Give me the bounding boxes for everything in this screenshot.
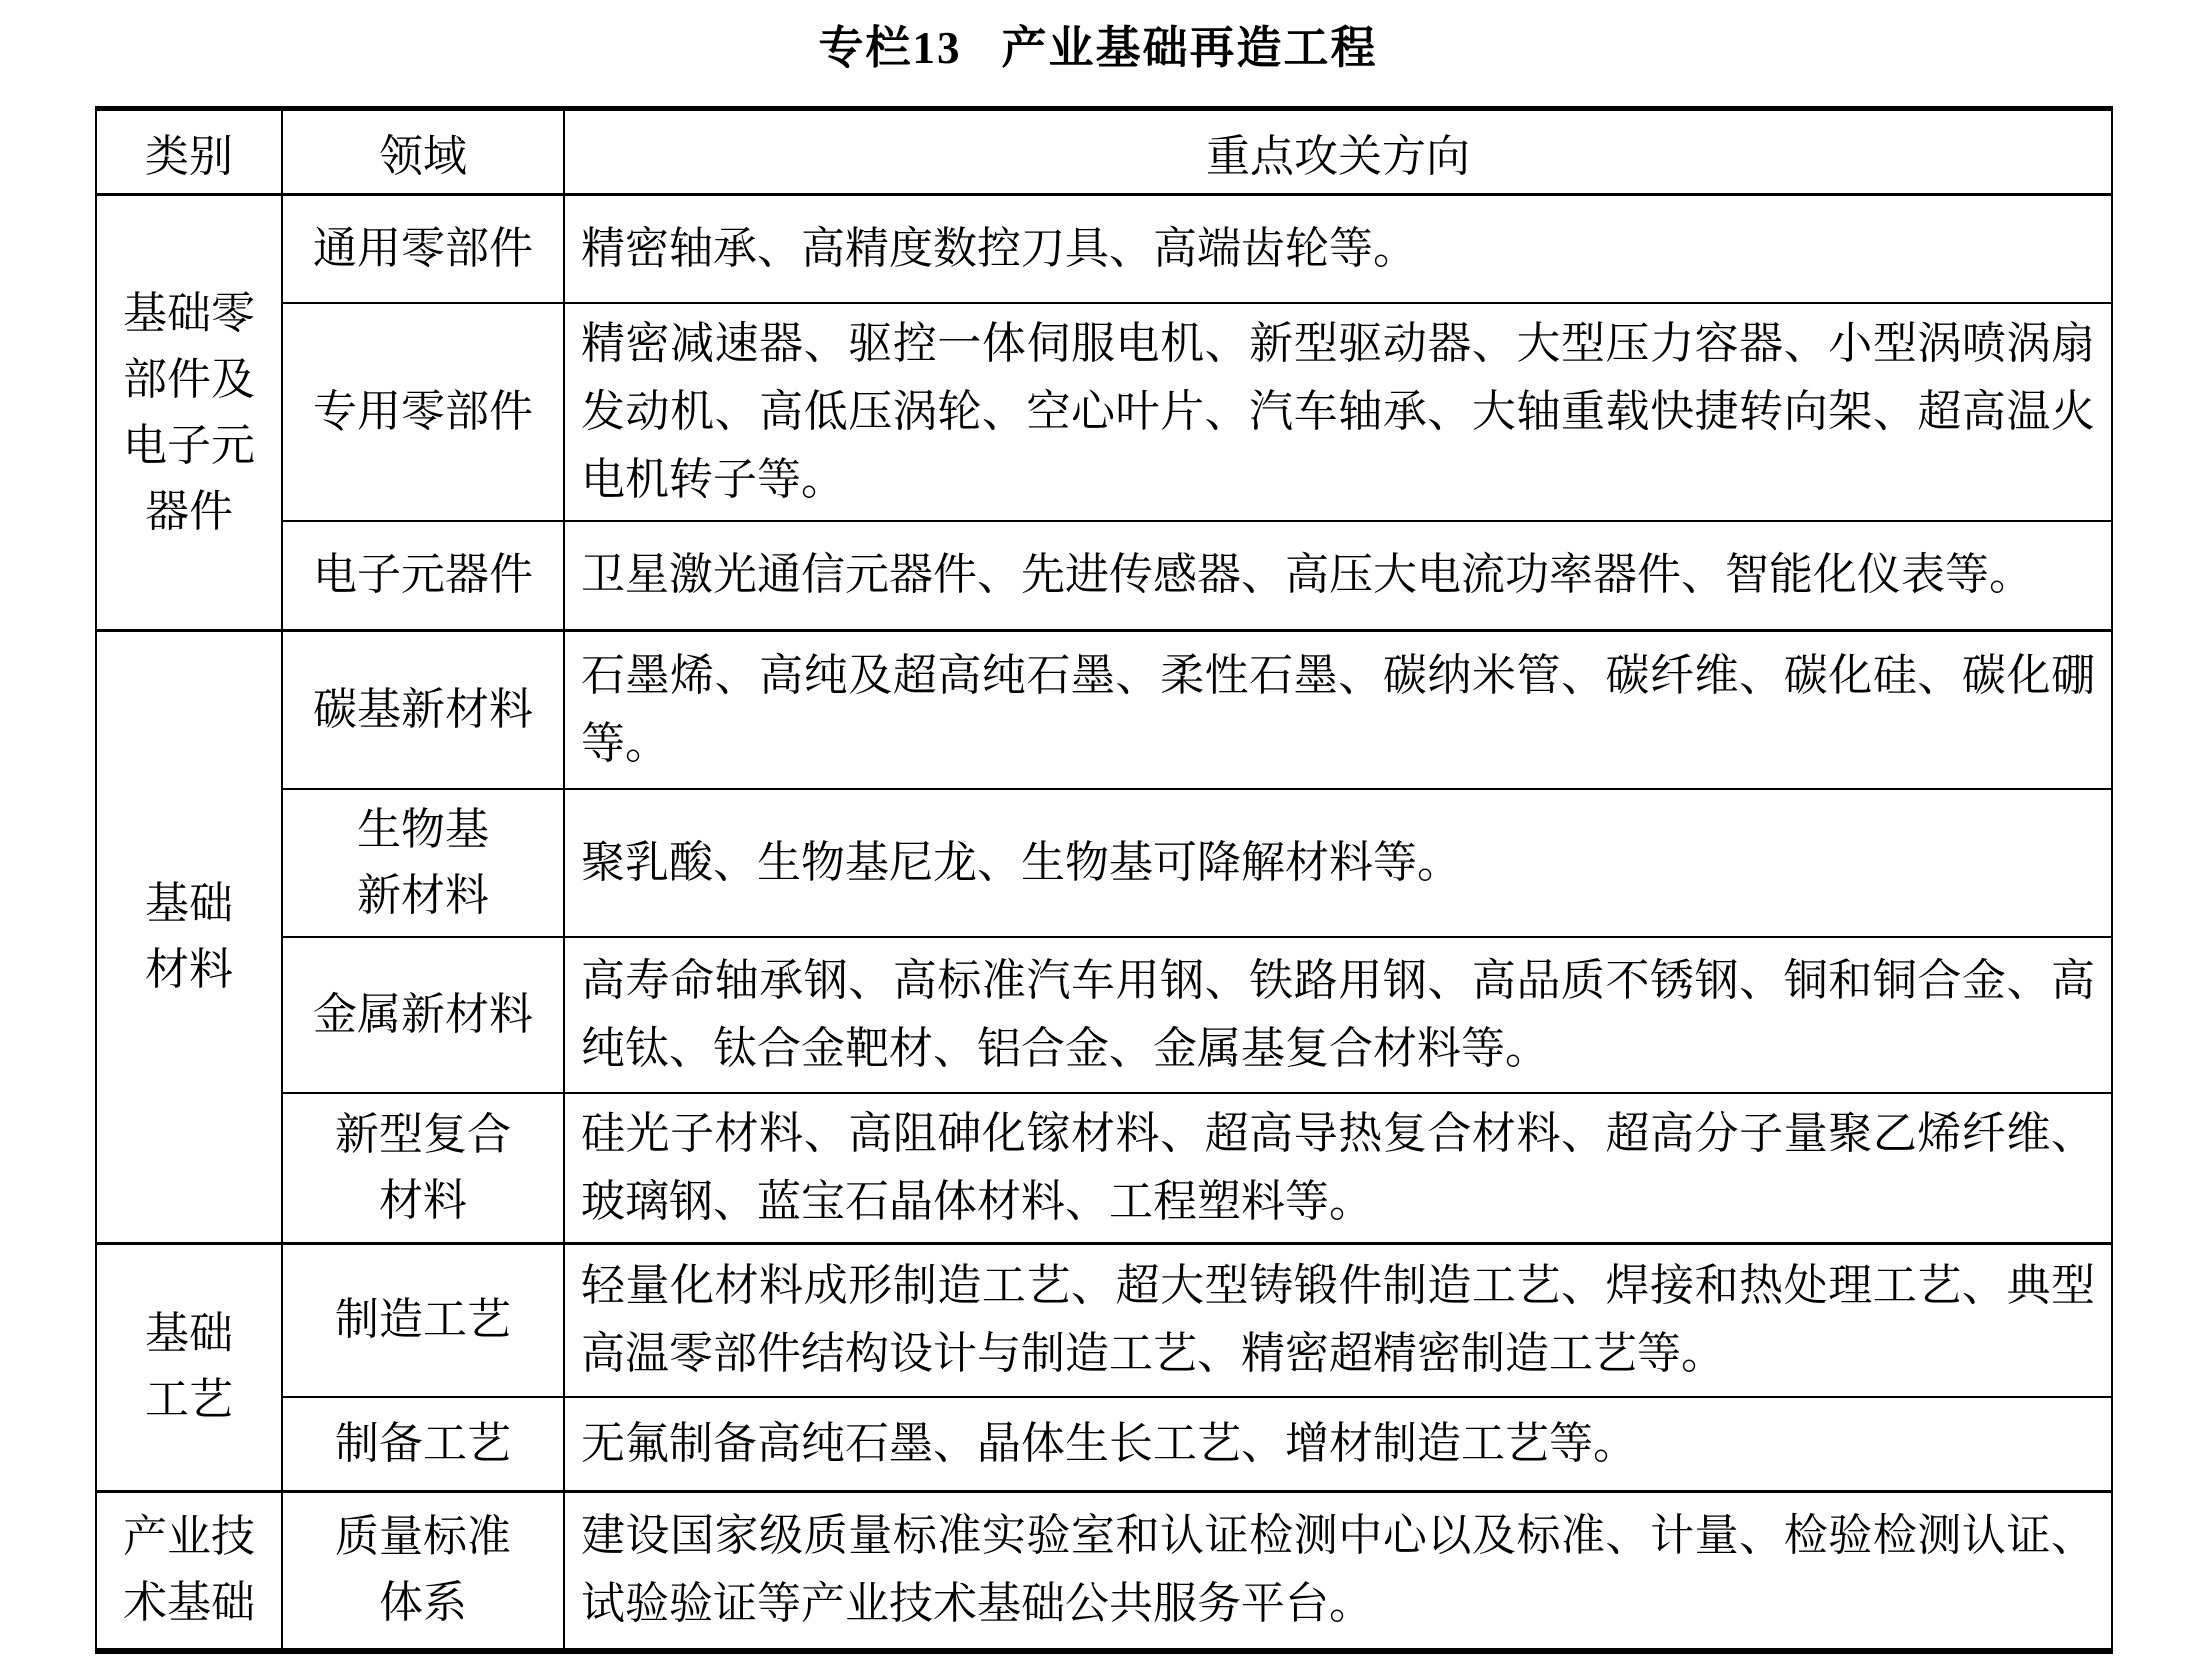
field-cell: 电子元器件 (282, 521, 564, 631)
direction-cell: 无氟制备高纯石墨、晶体生长工艺、增材制造工艺等。 (564, 1397, 2112, 1491)
header-category: 类别 (96, 109, 282, 195)
table-row: 专用零部件 精密减速器、驱控一体伺服电机、新型驱动器、大型压力容器、小型涡喷涡扇… (96, 303, 2112, 521)
header-direction: 重点攻关方向 (564, 109, 2112, 195)
field-cell: 质量标准 体系 (282, 1491, 564, 1651)
field-cell: 生物基 新材料 (282, 789, 564, 937)
table-row: 制备工艺 无氟制备高纯石墨、晶体生长工艺、增材制造工艺等。 (96, 1397, 2112, 1491)
table-row: 基础零 部件及 电子元 器件 通用零部件 精密轴承、高精度数控刀具、高端齿轮等。 (96, 195, 2112, 303)
category-cell-basic-processes: 基础 工艺 (96, 1243, 282, 1491)
direction-cell: 精密减速器、驱控一体伺服电机、新型驱动器、大型压力容器、小型涡喷涡扇发动机、高低… (564, 303, 2112, 521)
page-title: 专栏13产业基础再造工程 (0, 10, 2196, 106)
table-row: 金属新材料 高寿命轴承钢、高标准汽车用钢、铁路用钢、高品质不锈钢、铜和铜合金、高… (96, 937, 2112, 1093)
header-field: 领域 (282, 109, 564, 195)
category-cell-basic-materials: 基础 材料 (96, 631, 282, 1244)
table-row: 生物基 新材料 聚乳酸、生物基尼龙、生物基可降解材料等。 (96, 789, 2112, 937)
direction-cell: 精密轴承、高精度数控刀具、高端齿轮等。 (564, 195, 2112, 303)
table-row: 基础 材料 碳基新材料 石墨烯、高纯及超高纯石墨、柔性石墨、碳纳米管、碳纤维、碳… (96, 631, 2112, 789)
field-cell: 专用零部件 (282, 303, 564, 521)
field-cell: 通用零部件 (282, 195, 564, 303)
table-row: 基础 工艺 制造工艺 轻量化材料成形制造工艺、超大型铸锻件制造工艺、焊接和热处理… (96, 1243, 2112, 1397)
direction-cell: 石墨烯、高纯及超高纯石墨、柔性石墨、碳纳米管、碳纤维、碳化硅、碳化硼等。 (564, 631, 2112, 789)
table-row: 产业技 术基础 质量标准 体系 建设国家级质量标准实验室和认证检测中心以及标准、… (96, 1491, 2112, 1651)
field-cell: 碳基新材料 (282, 631, 564, 789)
direction-cell: 硅光子材料、高阻砷化镓材料、超高导热复合材料、超高分子量聚乙烯纤维、玻璃钢、蓝宝… (564, 1093, 2112, 1244)
table-header-row: 类别 领域 重点攻关方向 (96, 109, 2112, 195)
field-cell: 制造工艺 (282, 1243, 564, 1397)
title-name: 产业基础再造工程 (1002, 23, 1378, 73)
direction-cell: 高寿命轴承钢、高标准汽车用钢、铁路用钢、高品质不锈钢、铜和铜合金、高纯钛、钛合金… (564, 937, 2112, 1093)
category-cell-industrial-tech-foundation: 产业技 术基础 (96, 1491, 282, 1651)
direction-cell: 轻量化材料成形制造工艺、超大型铸锻件制造工艺、焊接和热处理工艺、典型高温零部件结… (564, 1243, 2112, 1397)
title-prefix: 专栏13 (818, 23, 961, 73)
field-cell: 金属新材料 (282, 937, 564, 1093)
field-cell: 制备工艺 (282, 1397, 564, 1491)
table-row: 电子元器件 卫星激光通信元器件、先进传感器、高压大电流功率器件、智能化仪表等。 (96, 521, 2112, 631)
direction-cell: 聚乳酸、生物基尼龙、生物基可降解材料等。 (564, 789, 2112, 937)
direction-cell: 卫星激光通信元器件、先进传感器、高压大电流功率器件、智能化仪表等。 (564, 521, 2112, 631)
category-cell-basic-components: 基础零 部件及 电子元 器件 (96, 195, 282, 631)
field-cell: 新型复合 材料 (282, 1093, 564, 1244)
table-row: 新型复合 材料 硅光子材料、高阻砷化镓材料、超高导热复合材料、超高分子量聚乙烯纤… (96, 1093, 2112, 1244)
industrial-foundation-table: 类别 领域 重点攻关方向 基础零 部件及 电子元 器件 通用零部件 精密轴承、高… (95, 106, 2113, 1654)
direction-cell: 建设国家级质量标准实验室和认证检测中心以及标准、计量、检验检测认证、试验验证等产… (564, 1491, 2112, 1651)
